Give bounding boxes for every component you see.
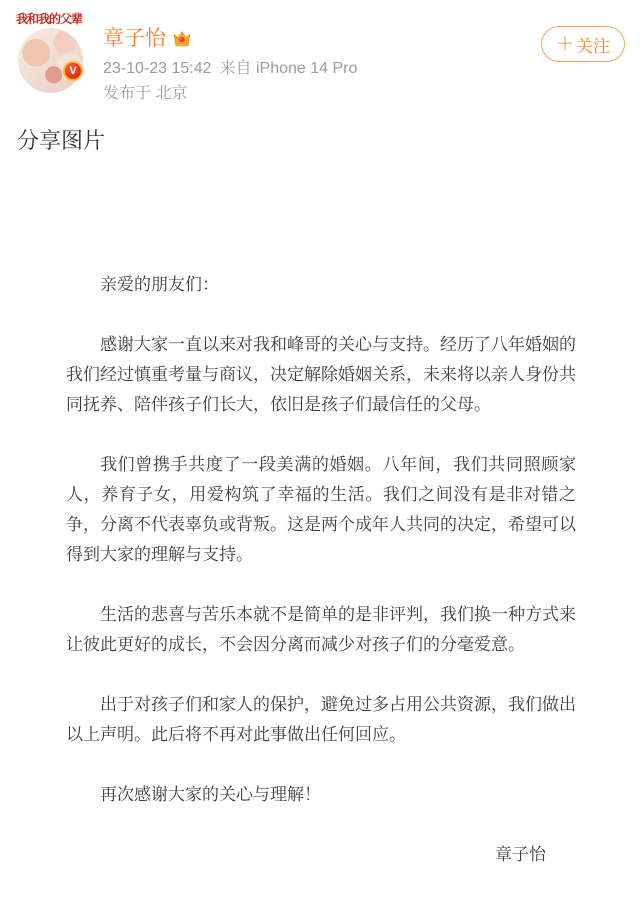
letter-paragraph: 我们曾携手共度了一段美满的婚姻。八年间，我们共同照顾家人，养育子女，用爱构筑了幸…	[66, 450, 576, 570]
verified-badge-icon: V	[63, 61, 83, 81]
vip-crown-icon	[172, 29, 192, 49]
username-link[interactable]: 章子怡	[103, 26, 166, 52]
letter-image[interactable]: 亲爱的朋友们： 感谢大家一直以来对我和峰哥的关心与支持。经历了八年婚姻的我们经过…	[66, 270, 576, 870]
follow-button-label: 关注	[576, 32, 610, 57]
post-source-link[interactable]: 来自 iPhone 14 Pro	[220, 60, 358, 77]
timestamp: 23-10-23 15:42	[103, 60, 212, 77]
post-header: 我和我的父辈 V 章子怡 23-10-23 15:42来自 iPhone 14 …	[0, 0, 640, 120]
avatar[interactable]: 我和我的父辈 V	[18, 10, 102, 94]
letter-paragraph: 感谢大家一直以来对我和峰哥的关心与支持。经历了八年婚姻的我们经过慎重考量与商议，…	[66, 330, 576, 420]
post-text: 分享图片	[17, 126, 105, 156]
letter-signature: 章子怡	[66, 840, 576, 870]
letter-paragraph: 出于对孩子们和家人的保护，避免过多占用公共资源，我们做出以上声明。此后将不再对此…	[66, 690, 576, 750]
letter-paragraph: 生活的悲喜与苦乐本就不是简单的是非评判，我们换一种方式来让彼此更好的成长，不会因…	[66, 600, 576, 660]
avatar-movie-logo-text: 我和我的父辈	[16, 10, 106, 27]
post-location: 发布于 北京	[103, 84, 357, 104]
letter-closing: 再次感谢大家的关心与理解！	[66, 780, 576, 810]
plus-icon: ＋	[556, 35, 574, 53]
follow-button[interactable]: ＋ 关注	[541, 26, 625, 62]
letter-salutation: 亲爱的朋友们：	[66, 270, 576, 300]
